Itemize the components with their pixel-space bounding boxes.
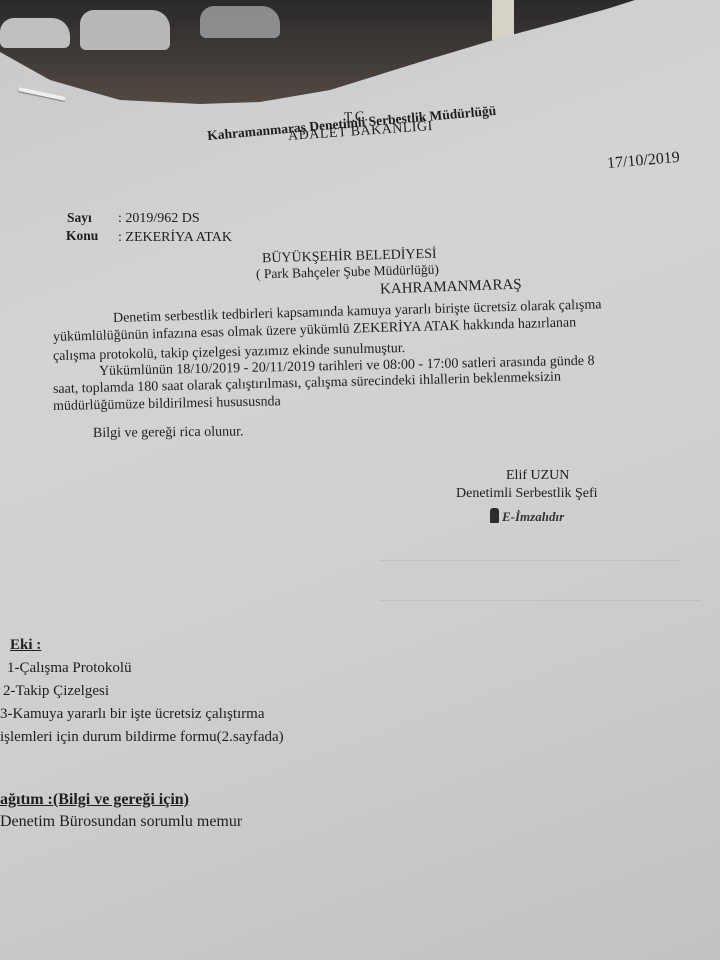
recipient-line-2: ( Park Bahçeler Şube Müdürlüğü) — [256, 262, 439, 283]
e-signature-label: E-İmzalıdır — [502, 509, 564, 524]
body-closing: Bilgi ve gereği rica olunur. — [93, 424, 244, 442]
signatory-name: Elif UZUN — [506, 468, 569, 484]
letter-date: 17/10/2019 — [606, 149, 680, 173]
recipient-line-3: KAHRAMANMARAŞ — [380, 277, 522, 299]
e-signature-seal-icon — [490, 508, 499, 523]
show-through-line — [380, 560, 680, 561]
signatory-title: Denetimli Serbestlik Şefi — [456, 486, 598, 502]
distribution-heading: ağıtım :(Bilgi ve gereği için) — [0, 791, 189, 809]
body-line: müdürlüğümüze bildirilmesi husususnda — [53, 394, 281, 415]
attachment-item: 3-Kamuya yararlı bir işte ücretsiz çalış… — [0, 706, 264, 723]
attachment-item: 1-Çalışma Protokolü — [7, 660, 132, 677]
e-signature: E-İmzalıdır — [490, 508, 564, 525]
attachment-item: işlemleri için durum bildirme formu(2.sa… — [0, 729, 284, 746]
distribution-line: Denetim Bürosundan sorumlu memur — [0, 813, 242, 831]
official-letter: T.C. ADALET BAKANLIĞI Kahramanmaraş Dene… — [0, 0, 720, 960]
attachment-item: 2-Takip Çizelgesi — [3, 683, 109, 700]
sayi-value: : 2019/962 DS — [118, 211, 200, 227]
show-through-line — [380, 600, 700, 601]
attachments-heading: Eki : — [10, 637, 41, 654]
sayi-label: Sayı — [67, 210, 92, 226]
konu-value: : ZEKERİYA ATAK — [118, 230, 232, 246]
konu-label: Konu — [66, 228, 98, 244]
